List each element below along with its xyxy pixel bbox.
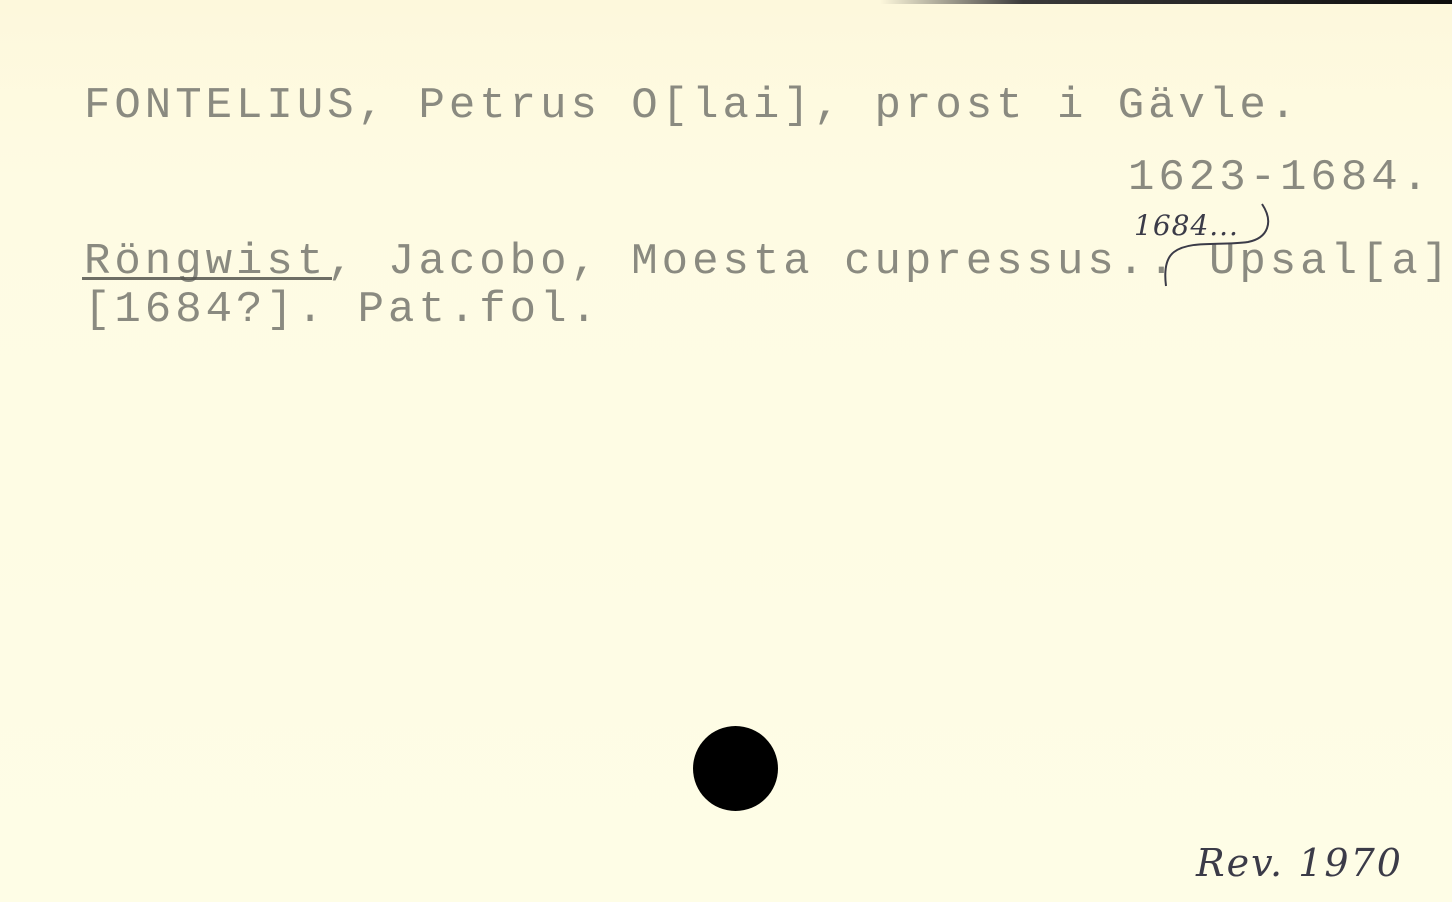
handwritten-bracket-arc bbox=[1150, 200, 1280, 290]
heading-dates: 1623-1684. bbox=[1128, 156, 1432, 200]
punch-hole bbox=[693, 726, 778, 811]
handwritten-revision-note: Rev. 1970 bbox=[1196, 844, 1403, 882]
heading-name: FONTELIUS, Petrus O[lai], prost i Gävle. bbox=[84, 84, 1300, 128]
author-underline bbox=[82, 277, 332, 280]
card-top-edge-shadow bbox=[880, 0, 1452, 4]
entry-imprint-line: [1684?]. Pat.fol. bbox=[84, 288, 601, 332]
catalog-card: FONTELIUS, Petrus O[lai], prost i Gävle.… bbox=[0, 0, 1452, 902]
